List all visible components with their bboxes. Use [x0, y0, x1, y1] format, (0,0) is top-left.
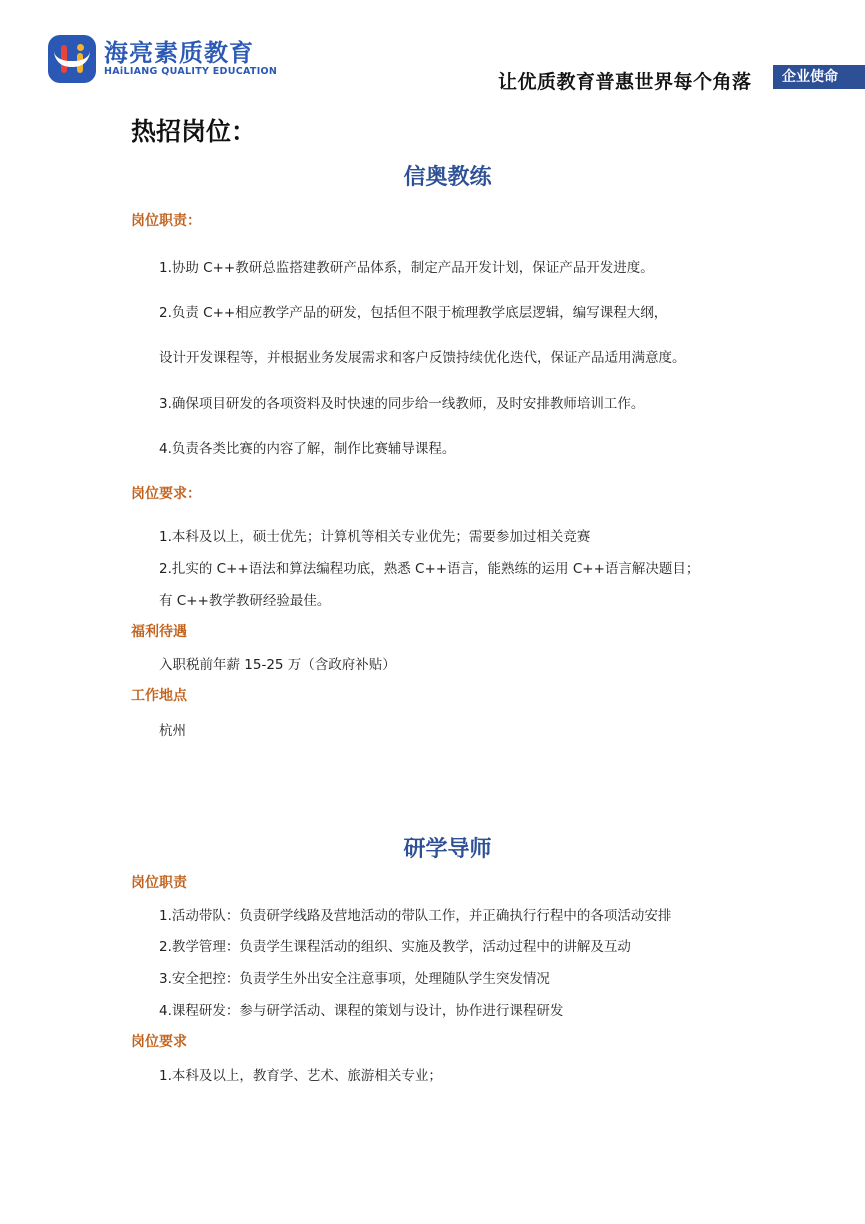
- section-requirements-label: 岗位要求：: [131, 483, 201, 503]
- duty-item: 4.课程研发：参与研学活动、课程的策划与设计，协作进行课程研发: [159, 999, 563, 1019]
- duty-item: 3.安全把控：负责学生外出安全注意事项，处理随队学生突发情况: [159, 967, 550, 987]
- duty-item: 设计开发课程等，并根据业务发展需求和客户反馈持续优化迭代，保证产品适用满意度。: [159, 346, 686, 366]
- requirement-item: 2.扎实的 C++语法和算法编程功底，熟悉 C++语言，能熟练的运用 C++语言…: [159, 557, 699, 577]
- duty-item: 4.负责各类比赛的内容了解，制作比赛辅导课程。: [159, 437, 455, 457]
- company-logo: 海亮素质教育 HAiLIANG QUALITY EDUCATION: [48, 35, 277, 83]
- section-benefits-label: 福利待遇: [131, 621, 187, 641]
- benefits-text: 入职税前年薪 15-25 万（含政府补贴）: [159, 653, 396, 673]
- duty-item: 1.协助 C++教研总监搭建教研产品体系，制定产品开发计划，保证产品开发进度。: [159, 256, 654, 276]
- logo-name-en: HAiLIANG QUALITY EDUCATION: [104, 66, 277, 78]
- section-duties-label: 岗位职责：: [131, 210, 201, 230]
- section-requirements-label: 岗位要求: [131, 1031, 187, 1051]
- duty-item: 3.确保项目研发的各项资料及时快速的同步给一线教师，及时安排教师培训工作。: [159, 392, 644, 412]
- section-location-label: 工作地点: [131, 685, 187, 705]
- duty-item: 2.教学管理：负责学生课程活动的组织、实施及教学，活动过程中的讲解及互动: [159, 935, 631, 955]
- requirement-item: 1.本科及以上，硕士优先；计算机等相关专业优先；需要参加过相关竞赛: [159, 525, 590, 545]
- requirement-item: 1.本科及以上，教育学、艺术、旅游相关专业；: [159, 1064, 442, 1084]
- duty-item: 1.活动带队：负责研学线路及营地活动的带队工作，并正确执行行程中的各项活动安排: [159, 904, 671, 924]
- logo-name-cn: 海亮素质教育: [104, 40, 277, 66]
- page-title: 热招岗位：: [131, 112, 256, 148]
- job-title-olympiad-coach: 信奥教练: [0, 160, 865, 191]
- haliang-logo-icon: [48, 35, 96, 83]
- duty-item: 2.负责 C++相应教学产品的研发，包括但不限于梳理教学底层逻辑，编写课程大纲，: [159, 301, 667, 321]
- job-title-study-tour-mentor: 研学导师: [0, 832, 865, 863]
- requirement-item: 有 C++教学教研经验最佳。: [159, 589, 330, 609]
- slogan: 让优质教育普惠世界每个角落: [498, 67, 752, 94]
- mission-badge: 企业使命: [773, 65, 865, 89]
- location-text: 杭州: [159, 719, 186, 739]
- section-duties-label: 岗位职责: [131, 872, 187, 892]
